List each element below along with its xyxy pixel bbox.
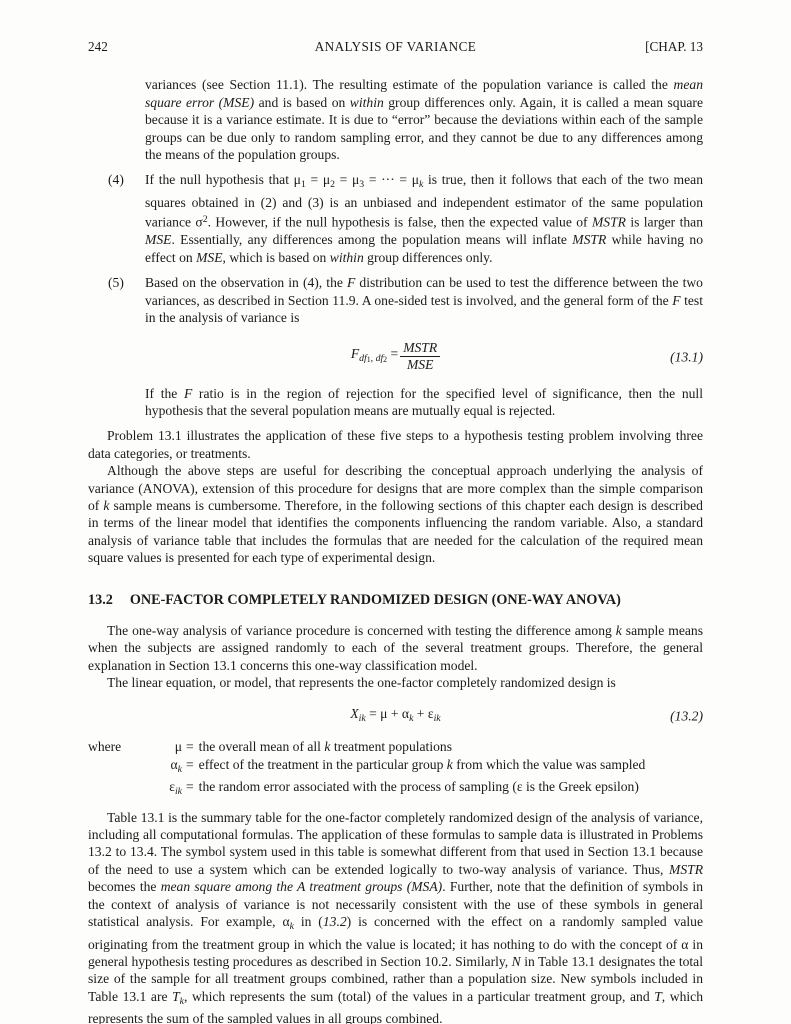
text-segment: in ( <box>294 914 323 929</box>
section-heading: 13.2ONE-FACTOR COMPLETELY RANDOMIZED DES… <box>88 592 703 609</box>
list-item-5: (5) Based on the observation in (4), the… <box>88 274 703 326</box>
text-segment: . Essentially, any differences among the… <box>171 232 572 247</box>
list-item-4: (4) If the null hypothesis that μ1 = μ2 … <box>88 171 703 266</box>
text-segment: α <box>171 757 178 772</box>
symbol: μ <box>146 738 182 755</box>
text-segment: T <box>172 989 180 1004</box>
symbol-definitions: where μ = the overall mean of all k trea… <box>88 738 703 800</box>
equation-13-1: Fdf1, df2 = MSTR MSE (13.1) <box>88 340 703 374</box>
text-segment: = <box>387 346 398 361</box>
text-segment: ik <box>434 713 441 724</box>
fraction: MSTR MSE <box>400 340 440 373</box>
symbol: αk <box>146 756 182 779</box>
equals-sign: = <box>182 756 199 779</box>
symbol-definition-text: the random error associated with the pro… <box>199 778 703 801</box>
text-segment: ik <box>359 713 366 724</box>
text-segment: becomes the <box>88 879 161 894</box>
page-header: 242 ANALYSIS OF VARIANCE [CHAP. 13 <box>88 38 703 55</box>
list-item-label: (4) <box>108 171 145 266</box>
text-segment: within <box>350 95 384 110</box>
text-segment: = μ <box>306 172 330 187</box>
equation-number: (13.2) <box>670 707 703 724</box>
text-segment: the random error associated with the pro… <box>199 779 639 794</box>
text-segment: If the null hypothesis that μ <box>145 172 301 187</box>
text-segment: , which is based on <box>223 250 330 265</box>
symbol-definition-row: εik = the random error associated with t… <box>88 778 703 801</box>
body-paragraph: Although the above steps are useful for … <box>88 462 703 566</box>
text-segment: + ε <box>413 706 433 721</box>
text-segment: MSTR <box>592 215 626 230</box>
text-segment: = μ + α <box>366 706 409 721</box>
list-item-label: (5) <box>108 274 145 326</box>
text-segment: Problem 13.1 illustrates the application… <box>88 428 703 460</box>
book-page: 242 ANALYSIS OF VARIANCE [CHAP. 13 varia… <box>0 0 791 1024</box>
symbol-definition-text: effect of the treatment in the particula… <box>199 756 703 779</box>
text-segment: = μ <box>335 172 359 187</box>
text-segment: μ <box>175 739 182 754</box>
text-segment: The one-way analysis of variance procedu… <box>107 623 616 638</box>
text-segment: MSE <box>196 250 222 265</box>
equation-lhs: Fdf1, df2 = <box>351 345 398 369</box>
text-segment: N <box>512 954 521 969</box>
text-segment: is larger than <box>626 215 703 230</box>
where-label: where <box>88 738 146 755</box>
text-segment: F <box>672 293 680 308</box>
equation-number: (13.1) <box>670 348 703 365</box>
closing-paragraph: Table 13.1 is the summary table for the … <box>88 809 703 1024</box>
text-segment: within <box>330 250 364 265</box>
text-segment: MSTR <box>572 232 606 247</box>
text-segment: T <box>654 989 662 1004</box>
text-segment: Based on the observation in (4), the <box>145 275 347 290</box>
intro-paragraph: variances (see Section 11.1). The result… <box>145 76 703 163</box>
fraction-denominator: MSE <box>400 356 440 373</box>
body-paragraph: Problem 13.1 illustrates the application… <box>88 427 703 462</box>
text-segment: effect of the treatment in the particula… <box>199 757 447 772</box>
text-segment: mean square among the A treatment groups… <box>161 879 443 894</box>
equation-body: Xik = μ + αk + εik <box>88 705 703 728</box>
text-segment: the overall mean of all <box>199 739 325 754</box>
equation-13-2: Xik = μ + αk + εik (13.2) <box>88 705 703 728</box>
text-segment: MSTR <box>669 862 703 877</box>
symbol-definition-text: the overall mean of all k treatment popu… <box>199 738 703 755</box>
fraction-numerator: MSTR <box>400 340 440 356</box>
equals-sign: = <box>182 738 199 755</box>
section-title: ONE-FACTOR COMPLETELY RANDOMIZED DESIGN … <box>130 592 621 608</box>
section-number: 13.2 <box>88 592 113 608</box>
text-segment: ik <box>175 786 182 797</box>
list-item-text: If the null hypothesis that μ1 = μ2 = μ3… <box>145 171 703 266</box>
text-segment: MSTR <box>403 340 437 355</box>
text-segment: 13.2 <box>323 914 347 929</box>
text-segment: , which represents the sum (total) of th… <box>184 989 654 1004</box>
list-item-text: Based on the observation in (4), the F d… <box>145 274 703 326</box>
text-segment: from which the value was sampled <box>453 757 646 772</box>
text-segment: variances (see Section 11.1). The result… <box>145 77 674 92</box>
text-segment: df <box>359 353 367 364</box>
chapter-label: [CHAP. 13 <box>476 38 703 55</box>
page-number: 242 <box>88 38 315 55</box>
running-title: ANALYSIS OF VARIANCE <box>315 38 477 55</box>
section-paragraph: The one-way analysis of variance procedu… <box>88 622 703 674</box>
after-equation-paragraph: If the F ratio is in the region of rejec… <box>145 385 703 420</box>
text-segment: F <box>351 346 359 361</box>
text-segment: . However, if the null hypothesis is fal… <box>208 215 592 230</box>
text-segment: ratio is in the region of rejection for … <box>145 386 703 418</box>
symbol-definition-row: αk = effect of the treatment in the part… <box>88 756 703 779</box>
text-segment: Table 13.1 is the summary table for the … <box>88 810 703 877</box>
text-segment: MSE <box>145 232 171 247</box>
equation-expression: Xik = μ + αk + εik <box>350 705 440 728</box>
text-segment: MSE <box>407 357 433 372</box>
text-segment: group differences only. <box>364 250 493 265</box>
text-segment: sample means is cumbersome. Therefore, i… <box>88 498 703 565</box>
equation-body: Fdf1, df2 = MSTR MSE <box>88 340 703 374</box>
equals-sign: = <box>182 778 199 801</box>
section-paragraph: The linear equation, or model, that repr… <box>88 674 703 691</box>
text-segment: and is based on <box>254 95 350 110</box>
text-segment: The linear equation, or model, that repr… <box>107 675 616 690</box>
text-segment: X <box>350 706 358 721</box>
symbol-definition-row: where μ = the overall mean of all k trea… <box>88 738 703 755</box>
symbol: εik <box>146 778 182 801</box>
text-segment: If the <box>145 386 184 401</box>
text-segment: treatment populations <box>330 739 452 754</box>
text-segment: = ··· = μ <box>364 172 419 187</box>
